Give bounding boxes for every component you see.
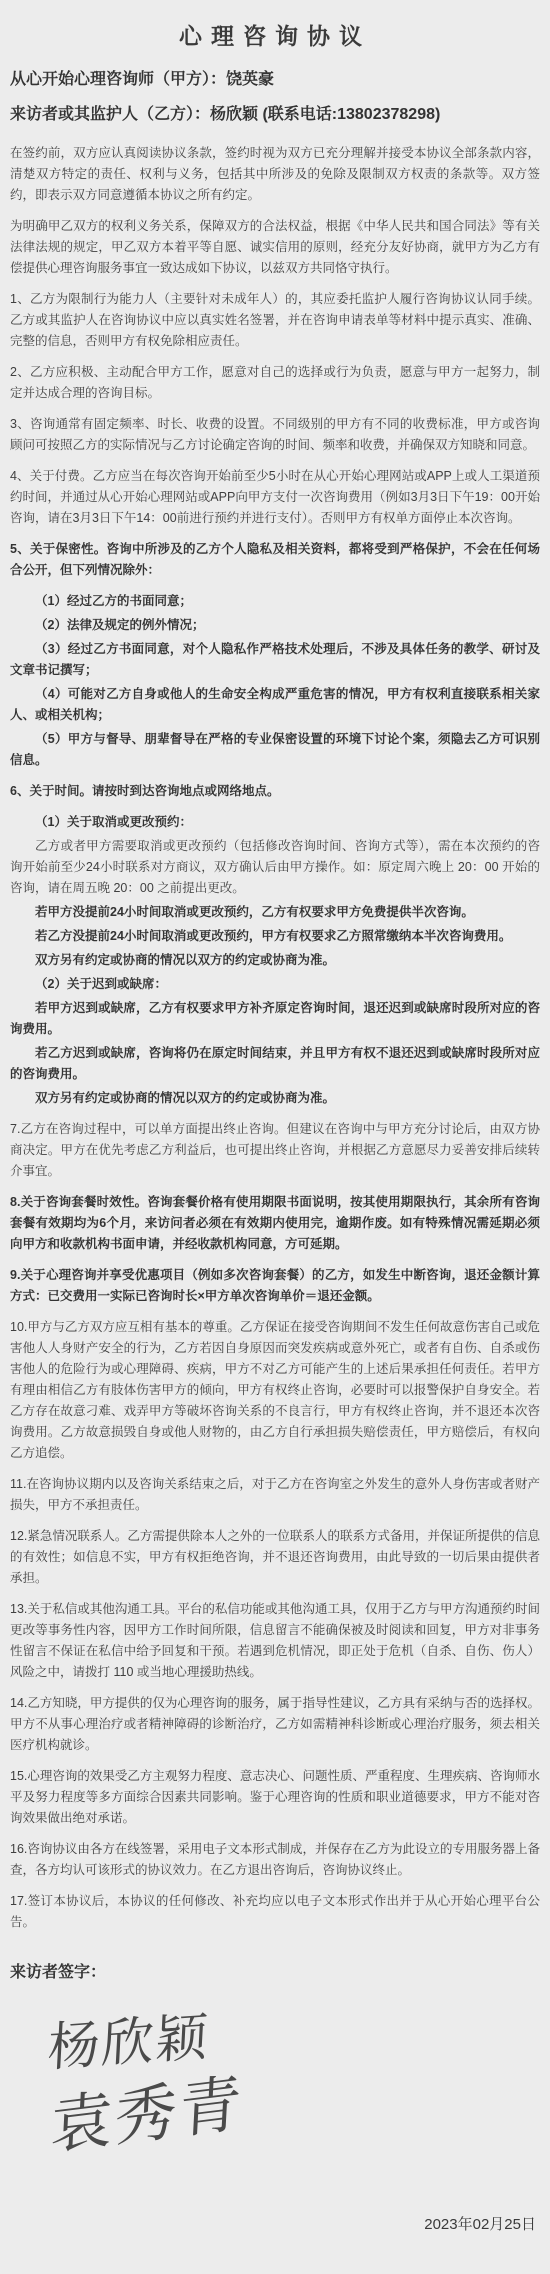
agreement-paragraph: 15.心理咨询的效果受乙方主观努力程度、意志决心、问题性质、严重程度、生理疾病、… [10, 1766, 540, 1829]
page-title: 心理咨询协议 [10, 18, 540, 51]
agreement-paragraph: 13.关于私信或其他沟通工具。平台的私信功能或其他沟通工具，仅用于乙方与甲方沟通… [10, 1599, 540, 1683]
agreement-paragraph: （2）关于迟到或缺席： [10, 974, 540, 995]
agreement-paragraph: 双方另有约定或协商的情况以双方的约定或协商为准。 [10, 950, 540, 971]
signature-date: 2023年02月25日 [10, 2213, 540, 2234]
agreement-paragraph: 若乙方没提前24小时间取消或更改预约，甲方有权要求乙方照常缴纳本半次咨询费用。 [10, 926, 540, 947]
agreement-paragraph: 2、乙方应积极、主动配合甲方工作，愿意对自己的选择或行为负责，愿意与甲方一起努力… [10, 362, 540, 404]
agreement-paragraph: 16.咨询协议由各方在线签署，采用电子文本形式制成，并保存在乙方为此设立的专用服… [10, 1839, 540, 1881]
agreement-page: 心理咨询协议 从心开始心理咨询师（甲方）：饶英豪 来访者或其监护人（乙方）：杨欣… [0, 0, 550, 2274]
agreement-paragraph: （2）法律及规定的例外情况； [10, 615, 540, 636]
agreement-paragraph: 7.乙方在咨询过程中，可以单方面提出终止咨询。但建议在咨询中与甲方充分讨论后，由… [10, 1119, 540, 1182]
agreement-paragraph: 6、关于时间。请按时到达咨询地点或网络地点。 [10, 781, 540, 802]
agreement-paragraph: 在签约前，双方应认真阅读协议条款，签约时视为双方已充分理解并接受本协议全部条款内… [10, 143, 540, 206]
agreement-paragraph: （5）甲方与督导、朋辈督导在严格的专业保密设置的环境下讨论个案，须隐去乙方可识别… [10, 729, 540, 771]
agreement-paragraph: 14.乙方知晓，甲方提供的仅为心理咨询的服务，属于指导性建议，乙方具有采纳与否的… [10, 1693, 540, 1756]
agreement-paragraph: 9.关于心理咨询并享受优惠项目（例如多次咨询套餐）的乙方，如发生中断咨询，退还金… [10, 1265, 540, 1307]
agreement-paragraph: 乙方或者甲方需要取消或更改预约（包括修改咨询时间、咨询方式等），需在本次预约的咨… [10, 836, 540, 899]
agreement-paragraph: 4、关于付费。乙方应当在每次咨询开始前至少5小时在从心开始心理网站或APP上或人… [10, 466, 540, 529]
agreement-paragraph: 若乙方迟到或缺席，咨询将仍在原定时间结束，并且甲方有权不退还迟到或缺席时段所对应… [10, 1043, 540, 1085]
agreement-paragraph: （1）经过乙方的书面同意； [10, 591, 540, 612]
agreement-paragraph: 8.关于咨询套餐时效性。咨询套餐价格有使用期限书面说明，按其使用期限执行，其余所… [10, 1192, 540, 1255]
agreement-paragraph: 为明确甲乙双方的权利义务关系，保障双方的合法权益，根据《中华人民共和国合同法》等… [10, 216, 540, 279]
agreement-body: 在签约前，双方应认真阅读协议条款，签约时视为双方已充分理解并接受本协议全部条款内… [10, 143, 540, 1933]
agreement-paragraph: 若甲方没提前24小时间取消或更改预约，乙方有权要求甲方免费提供半次咨询。 [10, 902, 540, 923]
party-b-line: 来访者或其监护人（乙方）：杨欣颖 (联系电话:13802378298) [10, 104, 540, 126]
agreement-paragraph: 若甲方迟到或缺席，乙方有权要求甲方补齐原定咨询时间，退还迟到或缺席时段所对应的咨… [10, 998, 540, 1040]
signature-area: 杨欣颖袁秀青 [48, 2000, 540, 2195]
agreement-paragraph: 11.在咨询协议期内以及咨询关系结束之后，对于乙方在咨询室之外发生的意外人身伤害… [10, 1474, 540, 1516]
agreement-paragraph: 10.甲方与乙方双方应互相有基本的尊重。乙方保证在接受咨询期间不发生任何故意伤害… [10, 1317, 540, 1464]
agreement-paragraph: 12.紧急情况联系人。乙方需提供除本人之外的一位联系人的联系方式备用，并保证所提… [10, 1526, 540, 1589]
agreement-paragraph: 5、关于保密性。咨询中所涉及的乙方个人隐私及相关资料，都将受到严格保护，不会在任… [10, 539, 540, 581]
agreement-paragraph: （3）经过乙方书面同意，对个人隐私作严格技术处理后，不涉及具体任务的教学、研讨及… [10, 639, 540, 681]
visitor-signature-label: 来访者签字： [10, 1959, 540, 1982]
agreement-paragraph: （1）关于取消或更改预约： [10, 812, 540, 833]
agreement-paragraph: 双方另有约定或协商的情况以双方的约定或协商为准。 [10, 1088, 540, 1109]
agreement-paragraph: 17.签订本协议后，本协议的任何修改、补充均应以电子文本形式作出并于从心开始心理… [10, 1891, 540, 1933]
agreement-paragraph: 1、乙方为限制行为能力人（主要针对未成年人）的，其应委托监护人履行咨询协议认同手… [10, 289, 540, 352]
party-a-line: 从心开始心理咨询师（甲方）：饶英豪 [10, 69, 540, 91]
agreement-paragraph: （4）可能对乙方自身或他人的生命安全构成严重危害的情况，甲方有权利直接联系相关家… [10, 684, 540, 726]
agreement-paragraph: 3、咨询通常有固定频率、时长、收费的设置。不同级别的甲方有不同的收费标准，甲方或… [10, 414, 540, 456]
